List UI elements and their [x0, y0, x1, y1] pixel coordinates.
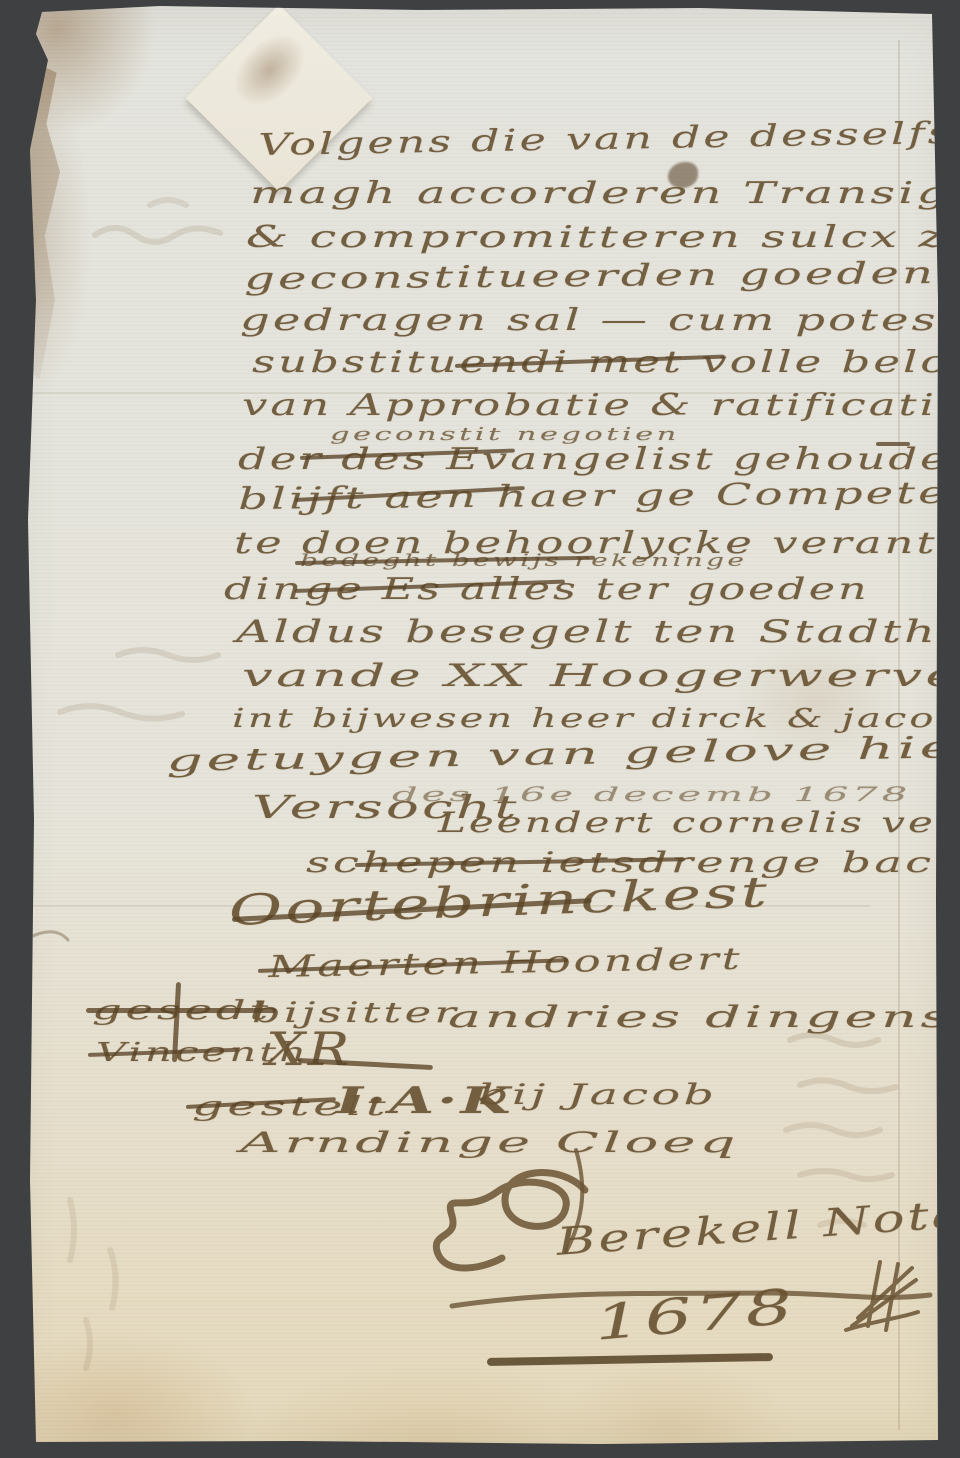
- line-16-date: des 16e decemb 1678: [392, 782, 911, 806]
- cross-mark-horizontal: [86, 1008, 276, 1013]
- paraph-icon: [846, 1262, 918, 1330]
- signature-cloeq: Arndinge Cloeq: [240, 1126, 739, 1159]
- tape-patch: [186, 5, 373, 192]
- line-15: getuygen van gelove hier toe: [166, 727, 960, 779]
- margin-dash: [876, 442, 910, 446]
- signature-andries: andries dingense: [448, 1000, 960, 1035]
- line-04: geconstitueerden goeden raet: [244, 255, 960, 297]
- mark-XR: XR: [266, 1022, 352, 1076]
- edge-flourish: [2, 932, 68, 960]
- line-08: der des Evangelist gehouden: [238, 442, 960, 477]
- line-07: van Approbatie & ratificatie —: [242, 388, 960, 423]
- paper-page: Volgens die van de desselfs temagh accor…: [0, 0, 960, 1458]
- torn-edge-stain: [26, 60, 60, 380]
- line-05: gedragen sal — cum potestate: [240, 303, 960, 338]
- line-03: & compromitteren sulcx zeder: [246, 220, 960, 255]
- word-bij-jacob: bij Jacob: [478, 1078, 717, 1111]
- line-17: Leendert cornelis versijden: [438, 806, 960, 839]
- year-underline: [487, 1353, 773, 1366]
- line-02: magh accorderen Transigeren: [250, 176, 960, 211]
- scan-background: Volgens die van de desselfs temagh accor…: [0, 0, 960, 1458]
- line-01: Volgens die van de desselfs te: [258, 115, 960, 163]
- year: 1678: [592, 1278, 798, 1351]
- line-12: Aldus besegelt ten Stadthuyse: [236, 614, 960, 650]
- line-13: vande XX Hoogerwerve —: [242, 658, 960, 694]
- line-14: int bijwesen heer dirck & jacob A wient: [232, 704, 960, 734]
